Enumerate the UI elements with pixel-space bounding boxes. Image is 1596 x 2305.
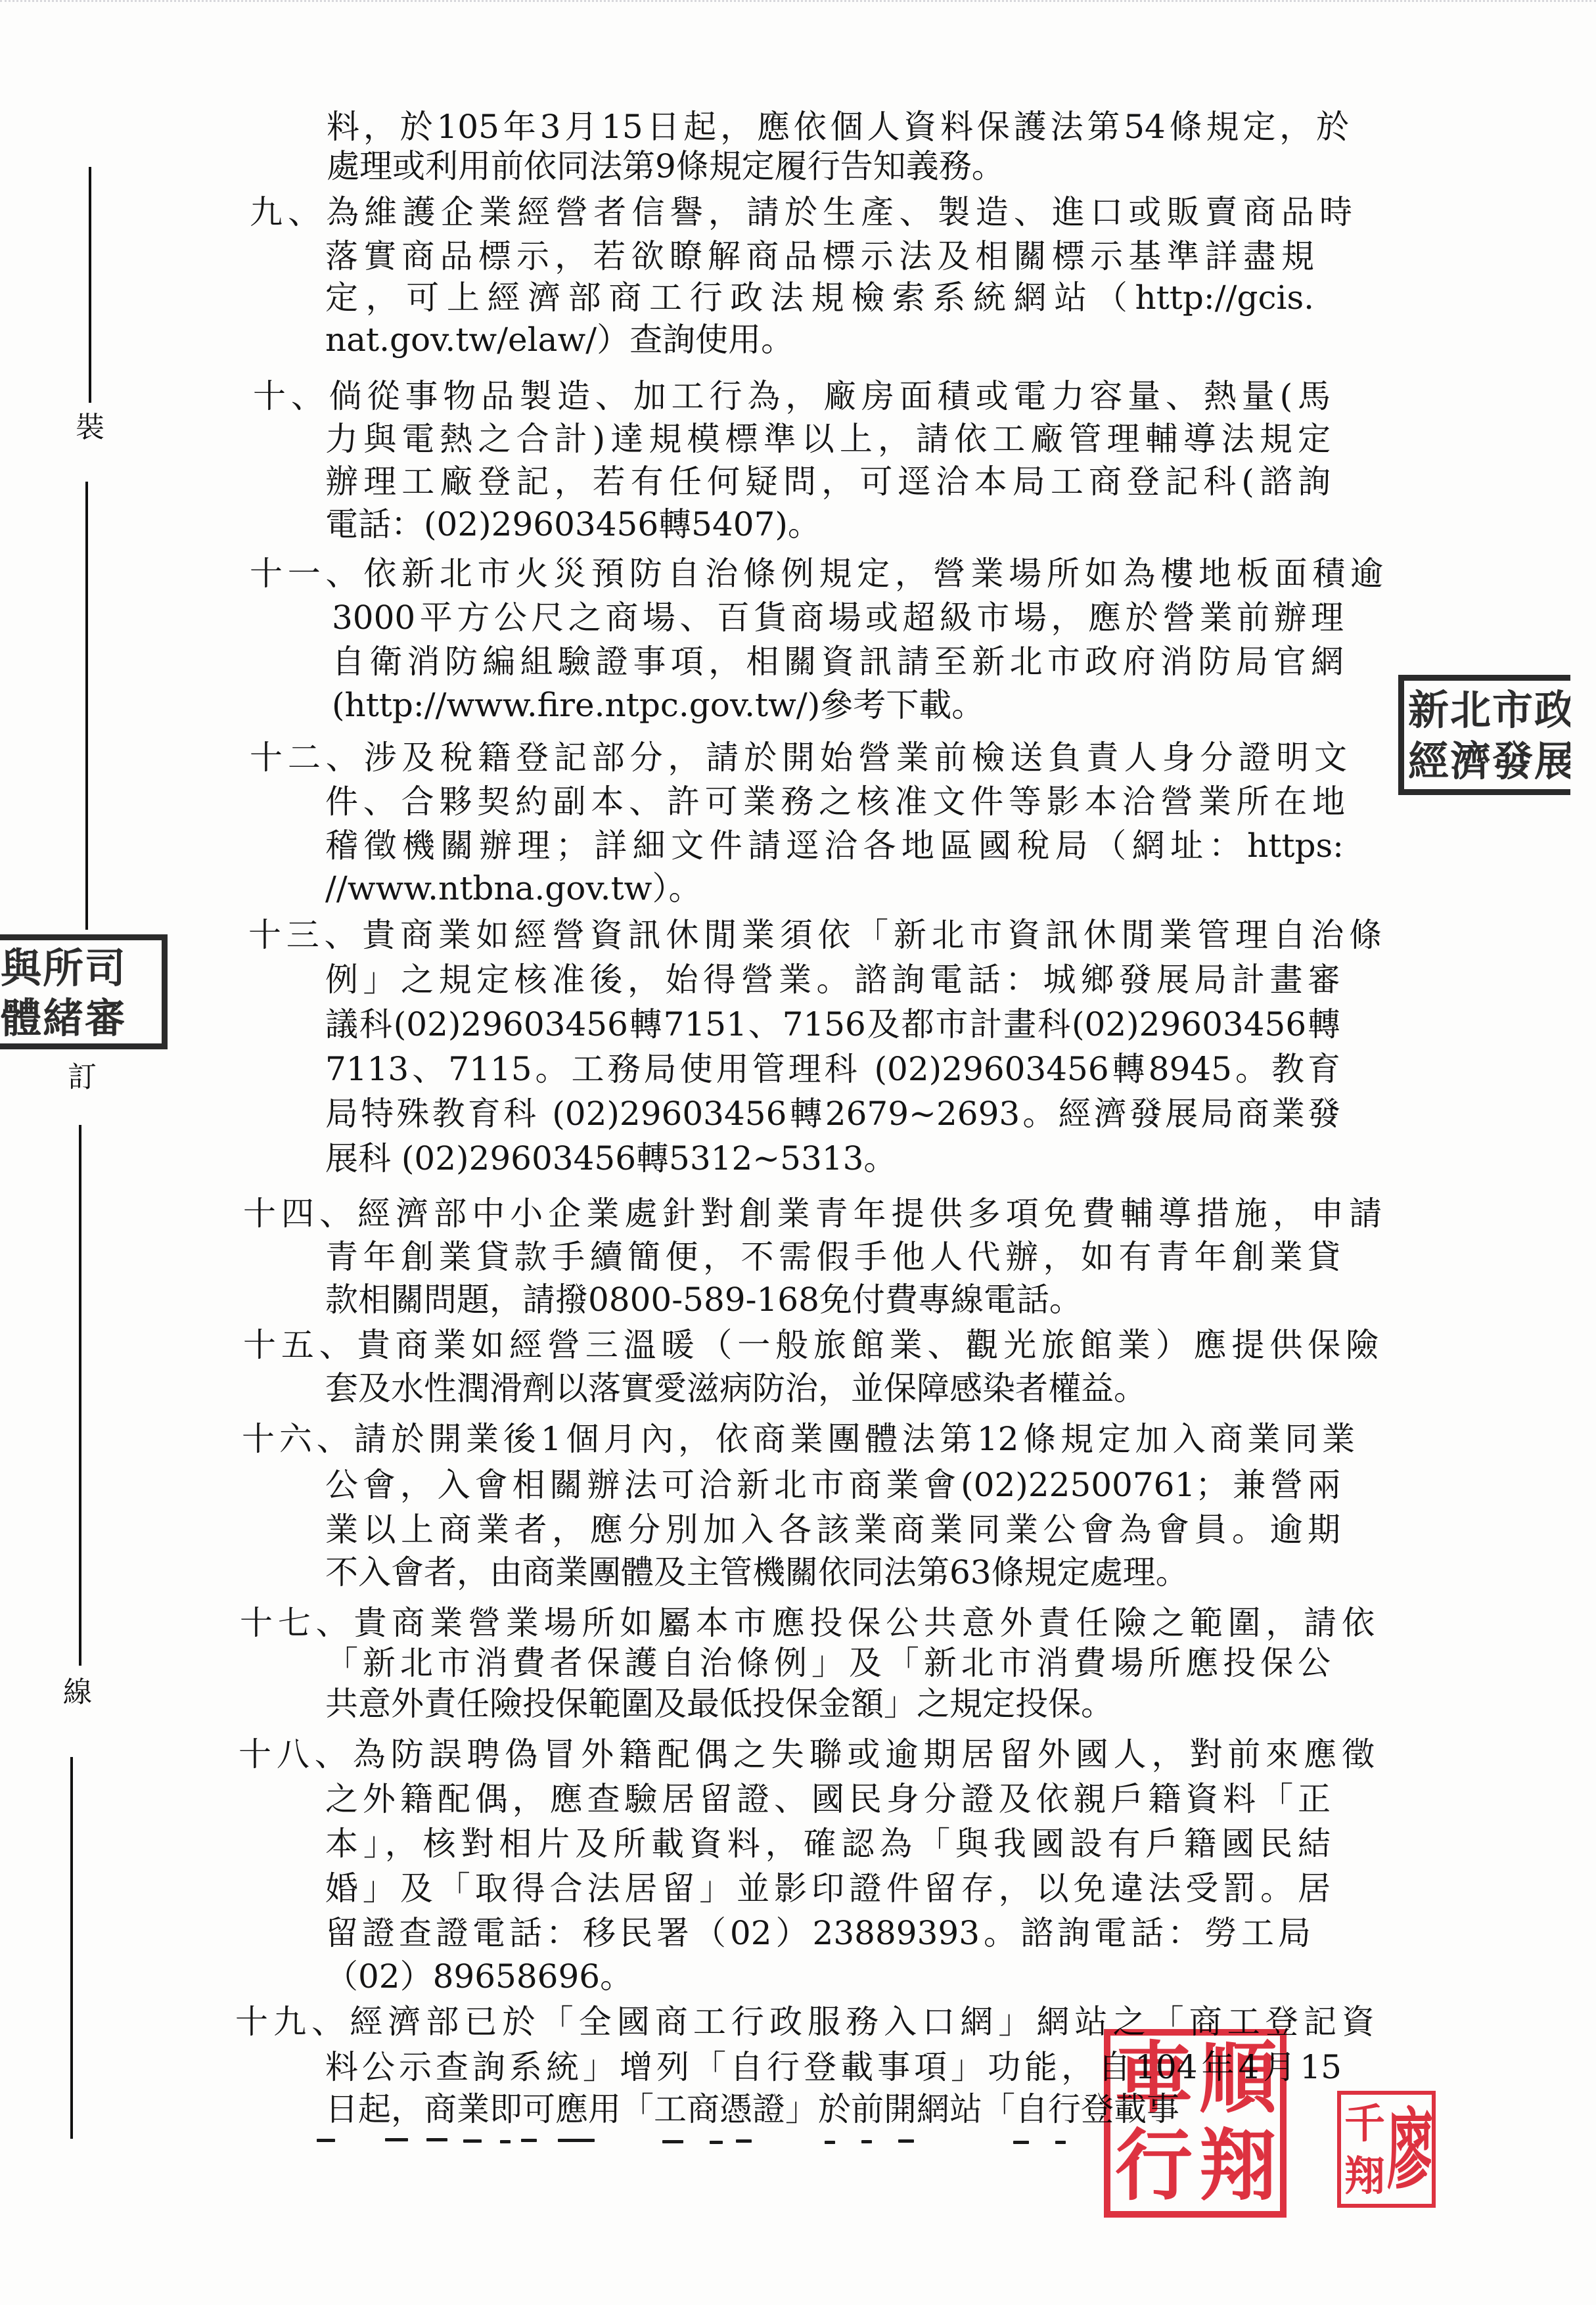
- text-line: 處理或利用前依同法第9條規定履行告知義務。: [327, 145, 1342, 188]
- perforation-seal-left: 府與所司 局體緒審: [0, 934, 168, 1049]
- stroke-fragment: [317, 2139, 335, 2142]
- text-line: (http://www.fire.ntpc.gov.tw/)參考下載。: [332, 683, 1347, 727]
- text-line: 落實商品標示，若欲瞭解商品標示法及相關標示基準詳盡規: [325, 235, 1314, 278]
- text-line: 婚」及「取得合法居留」並影印證件留存，以免違法受罰。居: [325, 1867, 1331, 1910]
- item-label: 十五、: [243, 1326, 357, 1364]
- item-label: 十二、: [250, 739, 364, 777]
- text-line: 十一、依新北市火災預防自治條例規定，營業場所如為樓地板面積逾: [250, 552, 1383, 595]
- text-line: 十四、經濟部中小企業處針對創業青年提供多項免費輔導措施，申請: [243, 1192, 1382, 1235]
- text-line: 不入會者，由商業團體及主管機關依同法第63條規定處理。: [325, 1551, 1340, 1594]
- binding-line-segment: [89, 167, 91, 403]
- seal-row-top: 新北市政: [1408, 685, 1570, 736]
- binding-line-segment: [70, 1757, 73, 2139]
- text-line: 展科 (02)29603456轉5312~5313。: [325, 1137, 1340, 1180]
- item-text: 涉及稅籍登記部分，請於開始營業前檢送負責人身分證明文: [364, 739, 1347, 777]
- text-line: 九、為維護企業經營者信譽，請於生產、製造、進口或販賣商品時: [250, 191, 1352, 234]
- text-line: 議科(02)29603456轉7151、7156及都市計畫科(02)296034…: [325, 1003, 1340, 1046]
- item-label: 十九、: [235, 2003, 350, 2041]
- binding-mark-ding: 訂: [62, 1062, 102, 1093]
- stroke-fragment: [385, 2138, 408, 2141]
- stroke-fragment: [521, 2139, 537, 2142]
- binding-mark-zhuang: 裝: [70, 412, 110, 444]
- text-line: 十八、為防誤聘偽冒外籍配偶之失聯或逾期居留外國人，對前來應徵: [239, 1733, 1375, 1776]
- stroke-fragment: [710, 2141, 723, 2144]
- perforation-seal-right: 新北市政 經濟發展: [1398, 675, 1570, 795]
- text-line: 十二、涉及稅籍登記部分，請於開始營業前檢送負責人身分證明文: [250, 736, 1347, 779]
- item-text: 經濟部中小企業處針對創業青年提供多項免費輔導措施，申請: [357, 1195, 1382, 1233]
- text-line: 共意外責任險投保範圍及最低投保金額」之規定投保。: [325, 1682, 1340, 1725]
- text-line: 業以上商業者，應分別加入各該業商業同業公會為會員。逾期: [325, 1508, 1340, 1551]
- seal-char: 千: [1342, 2097, 1387, 2150]
- item-text: 貴商業如經營資訊休閒業須依「新北市資訊休閒業管理自治條: [362, 916, 1382, 954]
- stroke-fragment: [558, 2139, 595, 2142]
- seal-row-top: 府與所司: [0, 943, 168, 994]
- stroke-fragment: [662, 2140, 683, 2143]
- item-text: 為防誤聘偽冒外籍配偶之失聯或逾期居留外國人，對前來應徵: [353, 1735, 1375, 1773]
- text-line: nat.gov.tw/elaw/）查詢使用。: [325, 318, 1340, 361]
- text-line: 料，於105年3月15日起，應依個人資料保護法第54條規定，於: [327, 105, 1349, 148]
- text-line: 定，可上經濟部商工行政法規檢索系統網站（http://gcis.: [325, 276, 1314, 319]
- item-text: 依新北市火災預防自治條例規定，營業場所如為樓地板面積逾: [363, 555, 1383, 593]
- item-label: 十三、: [248, 916, 362, 954]
- item-label: 十、: [253, 377, 329, 415]
- binding-mark-xian: 線: [58, 1677, 97, 1708]
- text-line: 十七、貴商業營業場所如屬本市應投保公共意外責任險之範圍，請依: [240, 1601, 1375, 1645]
- company-seal: 車 順 行 翔: [1104, 2029, 1287, 2218]
- item-text: 為維護企業經營者信譽，請於生產、製造、進口或販賣商品時: [326, 193, 1352, 231]
- text-line: 稽徵機關辦理；詳細文件請逕洽各地區國稅局（網址：https:: [325, 824, 1344, 867]
- text-line: 青年創業貸款手續簡便，不需假手他人代辦，如有青年創業貸: [325, 1235, 1340, 1279]
- text-line: 公會，入會相關辦法可洽新北市商業會(02)22500761；兼營兩: [325, 1463, 1340, 1507]
- stroke-fragment: [898, 2139, 914, 2143]
- seal-row-bottom: 局體緒審: [0, 993, 168, 1044]
- binding-line-segment: [85, 482, 88, 930]
- item-text: 倘從事物品製造、加工行為，廠房面積或電力容量、熱量(馬: [329, 377, 1331, 415]
- binding-line-segment: [79, 1125, 81, 1666]
- text-line: 件、合夥契約副本、許可業務之核准文件等影本洽營業所在地: [325, 780, 1345, 823]
- stroke-fragment: [463, 2139, 482, 2143]
- text-line: （02）89658696。: [325, 1955, 1340, 1998]
- text-line: 例」之規定核准後，始得營業。諮詢電話：城鄉發展局計畫審: [325, 958, 1340, 1001]
- item-text: 貴商業如經營三溫暖（一般旅館業、觀光旅館業）應提供保險: [357, 1326, 1379, 1364]
- stroke-fragment: [426, 2138, 447, 2141]
- text-line: 留證查證電話：移民署（02）23889393。諮詢電話：勞工局: [325, 1911, 1311, 1955]
- text-line: 十五、貴商業如經營三溫暖（一般旅館業、觀光旅館業）應提供保險: [243, 1323, 1379, 1367]
- stroke-fragment: [736, 2139, 752, 2143]
- item-label: 十四、: [243, 1195, 357, 1233]
- item-text: 請於開業後1個月內，依商業團體法第12條規定加入商業同業: [354, 1420, 1355, 1458]
- text-line: 「新北市消費者保護自治條例」及「新北市消費場所應投保公: [325, 1641, 1331, 1685]
- seal-row-bottom: 經濟發展: [1408, 736, 1570, 787]
- text-line: //www.ntbna.gov.tw）。: [325, 867, 1340, 910]
- stroke-fragment: [825, 2141, 835, 2144]
- item-label: 十七、: [240, 1604, 353, 1642]
- seal-char: 車: [1112, 2036, 1196, 2121]
- owner-seal: 廖 千 翔: [1337, 2091, 1436, 2208]
- seal-char: 翔: [1196, 2123, 1280, 2208]
- item-label: 九、: [250, 193, 326, 231]
- stroke-fragment: [1055, 2141, 1066, 2144]
- text-line: 力與電熱之合計)達規模標準以上，請依工廠管理輔導法規定: [325, 417, 1331, 461]
- stroke-fragment: [1013, 2141, 1029, 2144]
- text-line: 3000平方公尺之商場、百貨商場或超級市場，應於營業前辦理: [332, 596, 1344, 639]
- seal-char: 行: [1112, 2123, 1196, 2208]
- item-label: 十一、: [250, 555, 363, 593]
- seal-char: 翔: [1342, 2150, 1387, 2202]
- scan-edge-artifact: [0, 0, 1596, 4]
- item-label: 十八、: [239, 1735, 353, 1773]
- text-line: 自衛消防編組驗證事項，相關資訊請至新北市政府消防局官網: [332, 640, 1344, 683]
- text-line: 十六、請於開業後1個月內，依商業團體法第12條規定加入商業同業: [242, 1417, 1355, 1461]
- text-line: 本」，核對相片及所載資料，確認為「與我國設有戶籍國民結: [325, 1822, 1331, 1865]
- seal-char: 順: [1196, 2036, 1280, 2121]
- text-line: 套及水性潤滑劑以落實愛滋病防治，並保障感染者權益。: [325, 1367, 1340, 1410]
- text-line: 電話：(02)29603456轉5407)。: [325, 503, 1340, 546]
- text-line: 款相關問題，請撥0800-589-168免付費專線電話。: [325, 1278, 1340, 1321]
- text-line: 之外籍配偶，應查驗居留證、國民身分證及依親戶籍資料「正: [325, 1777, 1331, 1821]
- item-label: 十六、: [242, 1420, 354, 1458]
- stroke-fragment: [500, 2140, 511, 2143]
- text-line: 十、倘從事物品製造、加工行為，廠房面積或電力容量、熱量(馬: [253, 375, 1331, 418]
- seal-char: 廖: [1387, 2057, 1433, 2245]
- text-line: 辦理工廠登記，若有任何疑問，可逕洽本局工商登記科(諮詢: [325, 460, 1331, 503]
- stroke-fragment: [861, 2140, 872, 2143]
- item-text: 貴商業營業場所如屬本市應投保公共意外責任險之範圍，請依: [353, 1604, 1375, 1642]
- text-line: 十三、貴商業如經營資訊休閒業須依「新北市資訊休閒業管理自治條: [248, 913, 1382, 957]
- text-line: 7113、7115。工務局使用管理科 (02)29603456轉8945。教育: [325, 1047, 1340, 1091]
- text-line: 局特殊教育科 (02)29603456轉2679~2693。經濟發展局商業發: [325, 1092, 1340, 1135]
